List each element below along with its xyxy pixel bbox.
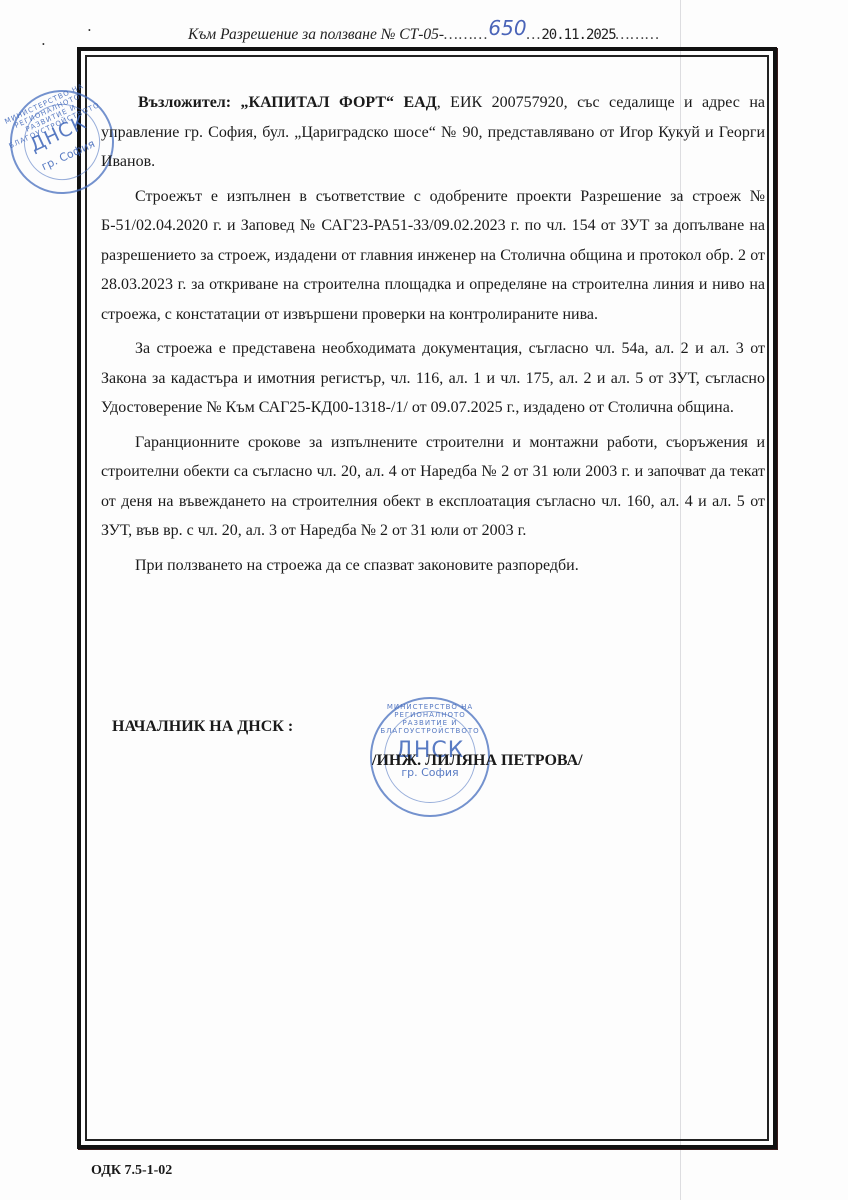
permit-reference-header: Към Разрешение за ползване № СТ-05-………65… xyxy=(0,20,848,44)
signatory-title: НАЧАЛНИК НА ДНСК : xyxy=(112,718,293,736)
documentation-paragraph: За строежа е представена необходимата до… xyxy=(101,334,765,423)
usage-paragraph: При ползването на строежа да се спазват … xyxy=(101,551,765,581)
form-code: ОДК 7.5-1-02 xyxy=(91,1163,172,1179)
contractor-label: Възложител: „КАПИТАЛ ФОРТ“ ЕАД xyxy=(138,94,437,111)
permit-reference-prefix: Към Разрешение за ползване № СТ-05- xyxy=(188,26,444,43)
permit-date: 20.11.2025 xyxy=(541,27,615,43)
warranty-paragraph: Гаранционните срокове за изпълнените стр… xyxy=(101,428,765,546)
signatory-name: /ИНЖ. ЛИЛЯНА ПЕТРОВА/ xyxy=(372,752,583,770)
handwritten-permit-number: 650 xyxy=(488,16,526,40)
contractor-paragraph: Възложител: „КАПИТАЛ ФОРТ“ ЕАД, ЕИК 2007… xyxy=(101,88,765,177)
compliance-paragraph: Строежът е изпълнен в съответствие с одо… xyxy=(101,182,765,330)
document-body: Възложител: „КАПИТАЛ ФОРТ“ ЕАД, ЕИК 2007… xyxy=(101,88,765,585)
